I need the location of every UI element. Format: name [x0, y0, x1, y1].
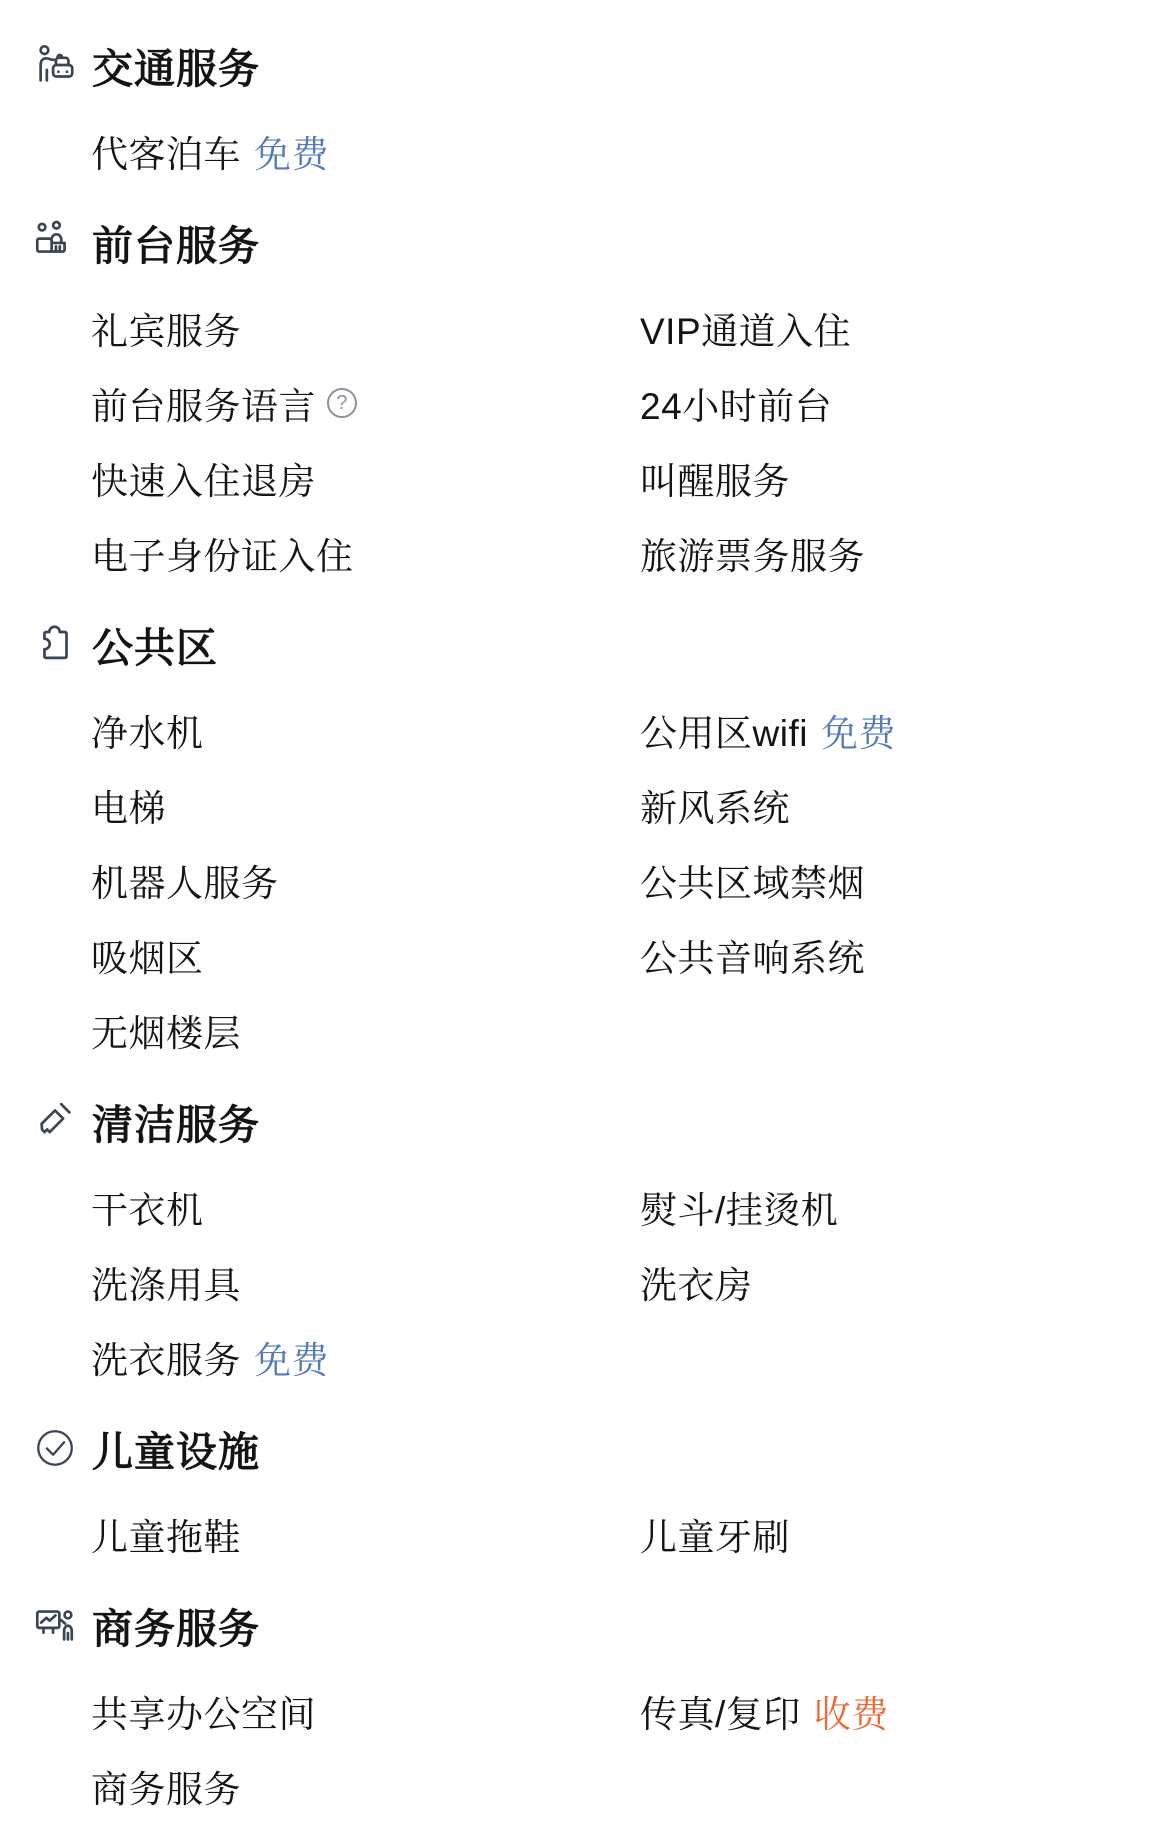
amenity-section: 商务服务共享办公空间传真/复印收费商务服务: [0, 1585, 1170, 1823]
children-facilities-icon: [32, 1425, 78, 1471]
amenity-label: 旅游票务服务: [640, 526, 865, 580]
section-title: 清洁服务: [92, 1092, 260, 1151]
section-title: 公共区: [92, 615, 218, 674]
amenity-label: 机器人服务: [91, 853, 279, 907]
amenity-item: 儿童牙刷: [640, 1496, 1170, 1571]
amenity-label: 传真/复印: [640, 1684, 801, 1738]
fee-badge: 免费: [821, 703, 896, 757]
amenity-label: 熨斗/挂烫机: [640, 1180, 838, 1234]
amenity-items-grid: 干衣机熨斗/挂烫机洗涤用具洗衣房洗衣服务免费: [0, 1169, 1170, 1394]
amenity-item: 商务服务: [91, 1748, 640, 1823]
amenity-label: 快速入住退房: [91, 451, 316, 505]
amenity-item: 机器人服务: [91, 842, 640, 917]
amenity-item: 公共区域禁烟: [640, 842, 1170, 917]
section-title: 儿童设施: [92, 1419, 260, 1478]
amenity-label: 洗衣服务: [91, 1330, 241, 1384]
public-area-icon: [32, 621, 78, 667]
amenity-item: 快速入住退房: [91, 440, 640, 515]
amenity-item: 公共音响系统: [640, 917, 1170, 992]
amenity-label: 电梯: [91, 778, 166, 832]
amenity-label: 公共音响系统: [640, 928, 865, 982]
section-header: 商务服务: [0, 1585, 1170, 1665]
amenity-item: VIP通道入住: [640, 290, 1170, 365]
amenity-item: 洗衣服务免费: [91, 1319, 640, 1394]
hotel-amenities-list: 交通服务代客泊车免费前台服务礼宾服务VIP通道入住前台服务语言?24小时前台快速…: [0, 0, 1170, 1823]
fee-badge: 免费: [254, 124, 329, 178]
amenity-label: 电子身份证入住: [91, 526, 354, 580]
amenity-item: 电梯: [91, 767, 640, 842]
amenity-label: 叫醒服务: [640, 451, 790, 505]
amenity-label: 代客泊车: [91, 124, 241, 178]
amenity-items-grid: 儿童拖鞋儿童牙刷: [0, 1496, 1170, 1571]
amenity-label: 公共区域禁烟: [640, 853, 865, 907]
amenity-section: 公共区净水机公用区wifi免费电梯新风系统机器人服务公共区域禁烟吸烟区公共音响系…: [0, 604, 1170, 1067]
amenity-section: 清洁服务干衣机熨斗/挂烫机洗涤用具洗衣房洗衣服务免费: [0, 1081, 1170, 1394]
amenity-item: 熨斗/挂烫机: [640, 1169, 1170, 1244]
section-header: 公共区: [0, 604, 1170, 684]
business-services-icon: [32, 1602, 78, 1648]
amenity-item: 新风系统: [640, 767, 1170, 842]
amenity-label: 儿童拖鞋: [91, 1507, 241, 1561]
amenity-label: 商务服务: [91, 1759, 241, 1813]
fee-badge: 免费: [254, 1330, 329, 1384]
section-title: 商务服务: [92, 1596, 260, 1655]
amenity-label: 洗衣房: [640, 1255, 753, 1309]
amenity-item: 前台服务语言?: [91, 365, 640, 440]
amenity-label: 无烟楼层: [91, 1003, 241, 1057]
amenity-item: 礼宾服务: [91, 290, 640, 365]
amenity-item: 干衣机: [91, 1169, 640, 1244]
amenity-label: 新风系统: [640, 778, 790, 832]
section-title: 前台服务: [92, 213, 260, 272]
amenity-label: 洗涤用具: [91, 1255, 241, 1309]
amenity-items-grid: 礼宾服务VIP通道入住前台服务语言?24小时前台快速入住退房叫醒服务电子身份证入…: [0, 290, 1170, 590]
section-title: 交通服务: [92, 36, 260, 95]
amenity-item: 公用区wifi免费: [640, 692, 1170, 767]
amenity-items-grid: 代客泊车免费: [0, 113, 1170, 188]
amenity-item: 叫醒服务: [640, 440, 1170, 515]
amenity-items-grid: 共享办公空间传真/复印收费商务服务: [0, 1673, 1170, 1823]
amenity-items-grid: 净水机公用区wifi免费电梯新风系统机器人服务公共区域禁烟吸烟区公共音响系统无烟…: [0, 692, 1170, 1067]
section-header: 前台服务: [0, 202, 1170, 282]
amenity-section: 交通服务代客泊车免费: [0, 25, 1170, 188]
amenity-item: 代客泊车免费: [91, 113, 640, 188]
amenity-item: 吸烟区: [91, 917, 640, 992]
fee-badge: 收费: [814, 1684, 889, 1738]
amenity-item: 旅游票务服务: [640, 515, 1170, 590]
amenity-label: 吸烟区: [91, 928, 204, 982]
amenity-label: 礼宾服务: [91, 301, 241, 355]
amenity-item: 共享办公空间: [91, 1673, 640, 1748]
amenity-label: 净水机: [91, 703, 204, 757]
amenity-section: 儿童设施儿童拖鞋儿童牙刷: [0, 1408, 1170, 1571]
amenity-item: 24小时前台: [640, 365, 1170, 440]
amenity-item: 传真/复印收费: [640, 1673, 1170, 1748]
amenity-label: VIP通道入住: [640, 301, 851, 355]
amenity-label: 儿童牙刷: [640, 1507, 790, 1561]
amenity-item: 洗涤用具: [91, 1244, 640, 1319]
amenity-label: 24小时前台: [640, 376, 832, 430]
front-desk-icon: [32, 219, 78, 265]
amenity-item: 无烟楼层: [91, 992, 640, 1067]
amenity-label: 前台服务语言: [91, 376, 316, 430]
valet-parking-icon: [32, 42, 78, 88]
amenity-item: 儿童拖鞋: [91, 1496, 640, 1571]
amenity-section: 前台服务礼宾服务VIP通道入住前台服务语言?24小时前台快速入住退房叫醒服务电子…: [0, 202, 1170, 590]
help-icon[interactable]: ?: [327, 388, 357, 418]
amenity-label: 共享办公空间: [91, 1684, 316, 1738]
cleaning-icon: [32, 1098, 78, 1144]
amenity-label: 公用区wifi: [640, 703, 808, 757]
amenity-item: 净水机: [91, 692, 640, 767]
amenity-item: 电子身份证入住: [91, 515, 640, 590]
amenity-item: 洗衣房: [640, 1244, 1170, 1319]
section-header: 儿童设施: [0, 1408, 1170, 1488]
amenity-label: 干衣机: [91, 1180, 204, 1234]
section-header: 交通服务: [0, 25, 1170, 105]
section-header: 清洁服务: [0, 1081, 1170, 1161]
